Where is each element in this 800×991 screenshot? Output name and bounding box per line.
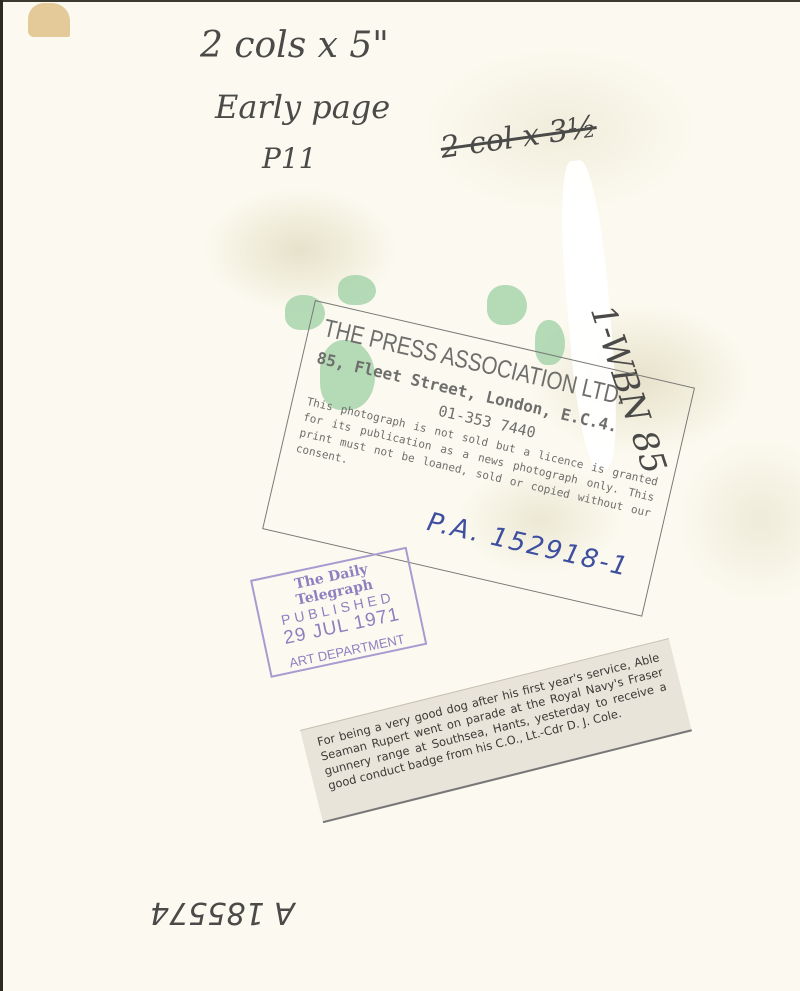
handwritten-page-ref: P11 (262, 142, 316, 175)
green-stain (338, 275, 376, 305)
handwritten-size-note: 2 cols x 5" (200, 25, 389, 66)
tape-residue (28, 3, 70, 37)
photo-edge-top (0, 0, 800, 2)
green-stain (487, 285, 527, 325)
handwritten-placement-note: Early page (215, 88, 390, 126)
photo-edge-left (0, 0, 3, 991)
handwritten-archive-number: A 185574 (150, 895, 295, 930)
